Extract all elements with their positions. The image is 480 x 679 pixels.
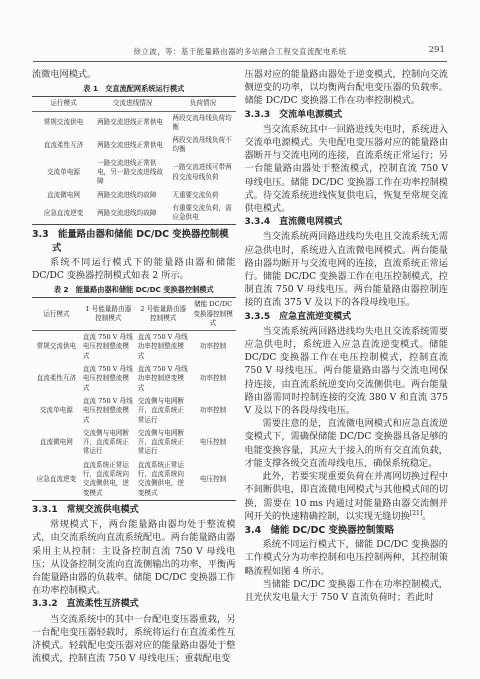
paragraph-continuation: 压器对应的能量路由器处于逆变模式，控制向交流侧逆变的功率，以均衡两台配电变压器的… [245, 68, 449, 108]
page-number: 291 [429, 45, 445, 55]
table-cell: 功率控制 [191, 331, 236, 363]
table-cell: 直流柔性互济 [32, 363, 81, 395]
table-cell: 交流侧与电网断开，直流系统正常运行 [136, 395, 191, 427]
table-cell: 直流微电网 [32, 189, 95, 202]
table-cell: 常规交流供电 [32, 331, 81, 363]
right-column: 压器对应的能量路由器处于逆变模式，控制向交流侧逆变的功率，以均衡两台配电变压器的… [245, 68, 449, 665]
table-cell: 电压控制 [191, 427, 236, 459]
table-cell: 两段交流母线负荷均衡 [170, 111, 235, 134]
left-column: 流微电网模式。 表 1 交直流配网系统运行模式 运行模式 交流进线情况 负荷情况… [32, 68, 236, 665]
table-header-cell: 储能 DC/DC 变换器控制模式 [191, 298, 236, 331]
paragraph-text: 。 [422, 511, 431, 522]
table-row: 应急直流逆变 两路交流进线均故障 有重要交流负荷，需应急供电 [32, 202, 236, 225]
table-cell: 两路交流进线正常供电 [95, 134, 170, 157]
header-rule [33, 61, 447, 62]
section-heading-3-3: 3.3 能量路由器和储能 DC/DC 变换器控制模式 [32, 228, 236, 254]
running-title: 徐立波，等：基于能量路由器的多站融合工程交直流配电系统 [33, 46, 447, 57]
section-heading-3-4: 3.4 储能 DC/DC 变换器控制策略 [245, 524, 449, 537]
table-header-row: 运行模式 1 号能量路由器控制模式 2 号能量路由器控制模式 储能 DC/DC … [32, 298, 236, 331]
paragraph: 当交流系统两回路进线均失电且交流系统需要应急供电时，系统进入应急直流逆变模式。储… [245, 325, 449, 417]
table-cell: 直流 750 V 母线电压控制整流模式 [81, 331, 136, 363]
table-cell: 交流侧与电网断开，直流系统正常运行 [136, 427, 191, 459]
table-cell: 直流系统正常运行，直流系统向交流侧供电，逆变模式 [136, 459, 191, 501]
paragraph-with-reference: 此外，若要实现重要负荷在并离网切换过程中不间断供电，即直流微电网模式与其他模式间… [245, 470, 449, 523]
table-cell: 有重要交流负荷，需应急供电 [170, 202, 235, 225]
paragraph-continuation: 流微电网模式。 [32, 68, 236, 81]
table-cell: 功率控制 [191, 395, 236, 427]
table-cell: 两路交流进线正常供电 [95, 111, 170, 134]
table-cell: 常规交流供电 [32, 111, 95, 134]
table-cell: 直流微电网 [32, 427, 81, 459]
table-cell: 一路交流进线正常供电，另一路交流进线故障 [95, 157, 170, 189]
table-header-cell: 2 号能量路由器控制模式 [136, 298, 191, 331]
table-cell: 直流系统正常运行，直流系统向交流侧供电，逆变模式 [81, 459, 136, 501]
table-1: 运行模式 交流进线情况 负荷情况 常规交流供电 两路交流进线正常供电 两段交流母… [32, 96, 236, 225]
section-heading-3-3-4: 3.3.4 直流微电网模式 [245, 216, 449, 229]
running-head: 徐立波，等：基于能量路由器的多站融合工程交直流配电系统 291 [33, 46, 447, 58]
two-column-body: 流微电网模式。 表 1 交直流配网系统运行模式 运行模式 交流进线情况 负荷情况… [32, 68, 448, 665]
table-row: 直流微电网 交流侧与电网断开，直流系统正常运行 交流侧与电网断开，直流系统正常运… [32, 427, 236, 459]
table-header-row: 运行模式 交流进线情况 负荷情况 [32, 97, 236, 111]
table-row: 交流单电源 一路交流进线正常供电，另一路交流进线故障 一路交流进线可带两段交流母… [32, 157, 236, 189]
table1-caption: 表 1 交直流配网系统运行模式 [32, 83, 236, 95]
paragraph: 当储能 DC/DC 变换器工作在功率控制模式，且光伏发电量大于 750 V 直流… [245, 578, 449, 604]
table-header-cell: 交流进线情况 [95, 97, 170, 111]
table-cell: 电压控制 [191, 459, 236, 501]
table-cell: 直流 750 V 母线电压控制整流模式 [81, 395, 136, 427]
table-cell: 直流 750 V 母线功率控制整流模式 [136, 331, 191, 363]
table-cell: 直流 750 V 母线功率控制逆变模式 [136, 363, 191, 395]
table-header-cell: 运行模式 [32, 298, 81, 331]
section-heading-3-3-2: 3.3.2 直流柔性互济模式 [32, 598, 236, 611]
table-cell: 直流 750 V 母线电压控制整流模式 [81, 363, 136, 395]
table2-caption: 表 2 能量路由器和储能 DC/DC 变换器控制模式 [32, 284, 236, 296]
paragraph: 常规模式下，两台能量路由器均处于整流模式，由交流系统向直流系统配电。两台能量路由… [32, 518, 236, 597]
table-cell: 应急直流逆变 [32, 459, 81, 501]
table-cell: 交流单电源 [32, 395, 81, 427]
table-cell: 两路交流进线均故障 [95, 202, 170, 225]
table-header-cell: 运行模式 [32, 97, 95, 111]
paragraph: 系统不同运行模式下的能量路由器和储能 DC/DC 变换器控制模式如表 2 所示。 [32, 256, 236, 282]
table-header-cell: 1 号能量路由器控制模式 [81, 298, 136, 331]
paragraph: 当交流系统中的其中一台配电变压器重载，另一台配电变压器轻载时，系统将运行在直流柔… [32, 613, 236, 666]
table-row: 应急直流逆变 直流系统正常运行，直流系统向交流侧供电，逆变模式 直流系统正常运行… [32, 459, 236, 501]
paragraph: 当交流系统两回路进线均失电且交流系统无需应急供电时，系统进入直流微电网模式。两台… [245, 230, 449, 309]
section-heading-3-3-3: 3.3.3 交流单电源模式 [245, 109, 449, 122]
table-row: 直流微电网 两路交流进线均故障 无重要交流负荷 [32, 189, 236, 202]
table-row: 直流柔性互济 直流 750 V 母线电压控制整流模式 直流 750 V 母线功率… [32, 363, 236, 395]
table-cell: 两路交流进线均故障 [95, 189, 170, 202]
section-heading-3-3-1: 3.3.1 常规交流供电模式 [32, 504, 236, 517]
table-cell: 两段交流母线负荷不均衡 [170, 134, 235, 157]
citation-reference: [21] [410, 510, 422, 517]
table-row: 常规交流供电 两路交流进线正常供电 两段交流母线负荷均衡 [32, 111, 236, 134]
table-row: 常规交流供电 直流 750 V 母线电压控制整流模式 直流 750 V 母线功率… [32, 331, 236, 363]
table-cell: 交流侧与电网断开，直流系统正常运行 [81, 427, 136, 459]
paragraph: 需要注意的是，直流微电网模式和应急直流逆变模式下，需确保储能 DC/DC 变换器… [245, 417, 449, 470]
paragraph: 当交流系统其中一回路进线失电时，系统进入交流单电源模式。失电配电变压器对应的能量… [245, 123, 449, 215]
section-heading-3-3-5: 3.3.5 应急直流逆变模式 [245, 311, 449, 324]
table-row: 交流单电源 直流 750 V 母线电压控制整流模式 交流侧与电网断开，直流系统正… [32, 395, 236, 427]
table-cell: 交流单电源 [32, 157, 95, 189]
paragraph: 系统不同运行模式下，储能 DC/DC 变换器的工作模式分为功率控制和电压控制两种… [245, 538, 449, 578]
table-header-cell: 负荷情况 [170, 97, 235, 111]
table-cell: 应急直流逆变 [32, 202, 95, 225]
table-cell: 直流柔性互济 [32, 134, 95, 157]
table-2: 运行模式 1 号能量路由器控制模式 2 号能量路由器控制模式 储能 DC/DC … [32, 297, 236, 501]
table-cell: 无重要交流负荷 [170, 189, 235, 202]
table-row: 直流柔性互济 两路交流进线正常供电 两段交流母线负荷不均衡 [32, 134, 236, 157]
paper-page: 徐立波，等：基于能量路由器的多站融合工程交直流配电系统 291 流微电网模式。 … [0, 0, 480, 679]
table-cell: 功率控制 [191, 363, 236, 395]
table-cell: 一路交流进线可带两段交流母线负荷 [170, 157, 235, 189]
